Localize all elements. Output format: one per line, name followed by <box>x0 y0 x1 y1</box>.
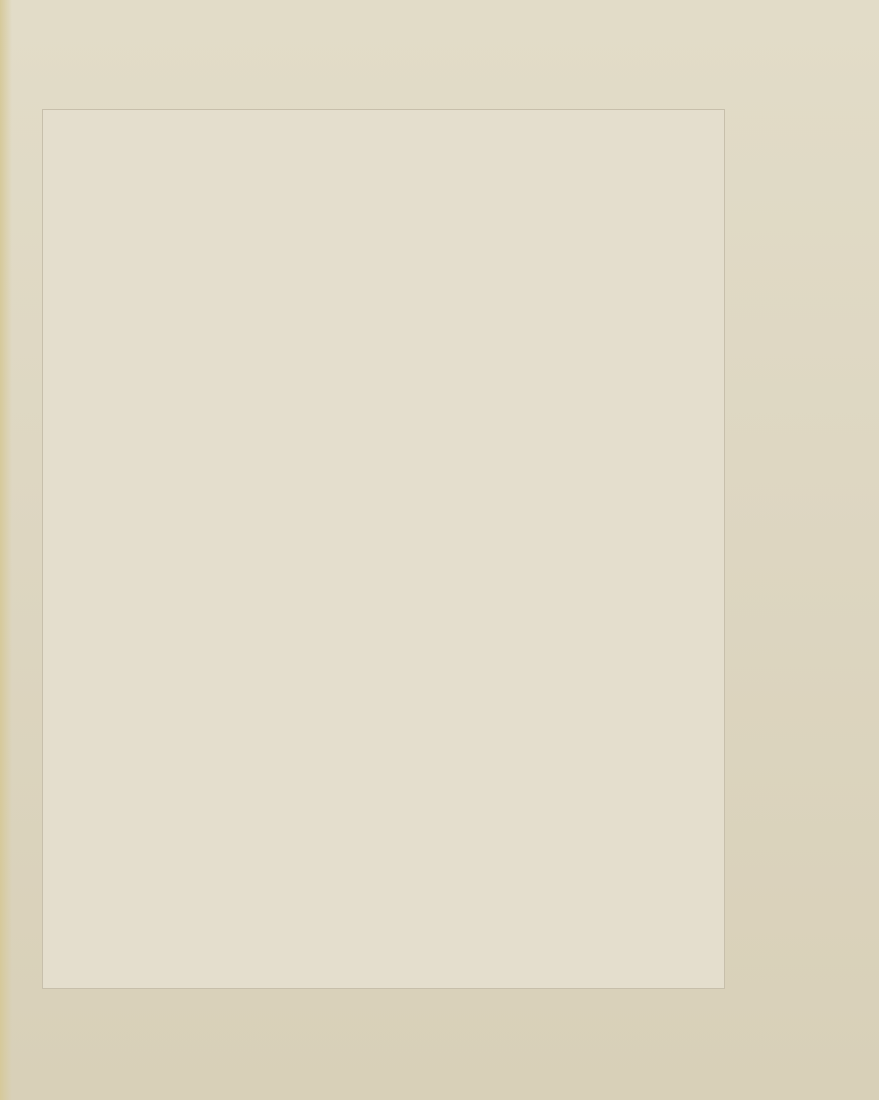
page-edge <box>0 0 12 1100</box>
ruled-frame <box>42 109 725 989</box>
